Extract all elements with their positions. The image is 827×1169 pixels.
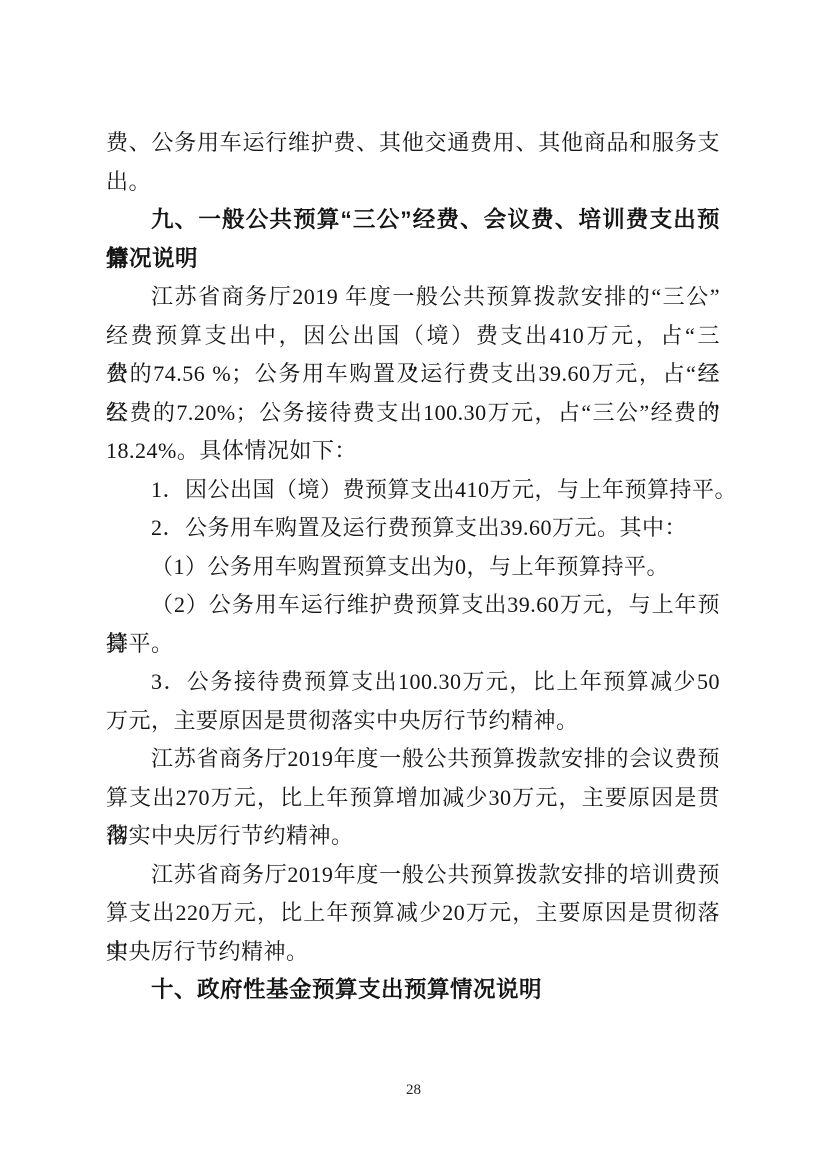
page-number: 28 [406, 1082, 421, 1098]
page-footer: 28 [0, 1078, 827, 1102]
text-line: 经费的7.20%；公务接待费支出100.30万元，占“三公”经费的 [106, 394, 720, 433]
text-line: 费、公务用车运行维护费、其他交通费用、其他商品和服务支 [106, 124, 720, 163]
document-page: 费、公务用车运行维护费、其他交通费用、其他商品和服务支 出。 九、一般公共预算“… [0, 0, 827, 1169]
text-line: 经费预算支出中，因公出国（境）费支出410万元，占“三公”经 [106, 317, 720, 356]
text-line: 持平。 [106, 625, 720, 664]
document-body: 费、公务用车运行维护费、其他交通费用、其他商品和服务支 出。 九、一般公共预算“… [106, 124, 720, 1010]
list-item-line: 1．因公出国（境）费预算支出410万元，与上年预算持平。 [106, 471, 720, 510]
text-line: 中央厉行节约精神。 [106, 933, 720, 972]
text-line: 算支出220万元，比上年预算减少20万元，主要原因是贯彻落实 [106, 894, 720, 933]
text-line: 江苏省商务厅2019年度一般公共预算拨款安排的培训费预 [106, 856, 720, 895]
text-line: 落实中央厉行节约精神。 [106, 817, 720, 856]
section-heading: 九、一般公共预算“三公”经费、会议费、培训费支出预算 [106, 201, 720, 240]
text-line: 18.24%。具体情况如下： [106, 432, 720, 471]
text-line: 出。 [106, 163, 720, 202]
text-line: 万元，主要原因是贯彻落实中央厉行节约精神。 [106, 702, 720, 741]
text-line: 算支出270万元，比上年预算增加减少30万元，主要原因是贯彻 [106, 779, 720, 818]
list-item-line: （2）公务用车运行维护费预算支出39.60万元，与上年预算 [106, 586, 720, 625]
section-heading: 情况说明 [106, 240, 720, 279]
section-heading: 十、政府性基金预算支出预算情况说明 [106, 971, 720, 1010]
list-item-line: 2．公务用车购置及运行费预算支出39.60万元。其中： [106, 509, 720, 548]
list-item-line: 3．公务接待费预算支出100.30万元，比上年预算减少50 [106, 663, 720, 702]
text-line: 费的74.56 %；公务用车购置及运行费支出39.60万元，占“三公” [106, 355, 720, 394]
text-line: 江苏省商务厅2019 年度一般公共预算拨款安排的“三公” [106, 278, 720, 317]
list-item-line: （1）公务用车购置预算支出为0，与上年预算持平。 [106, 548, 720, 587]
text-line: 江苏省商务厅2019年度一般公共预算拨款安排的会议费预 [106, 740, 720, 779]
